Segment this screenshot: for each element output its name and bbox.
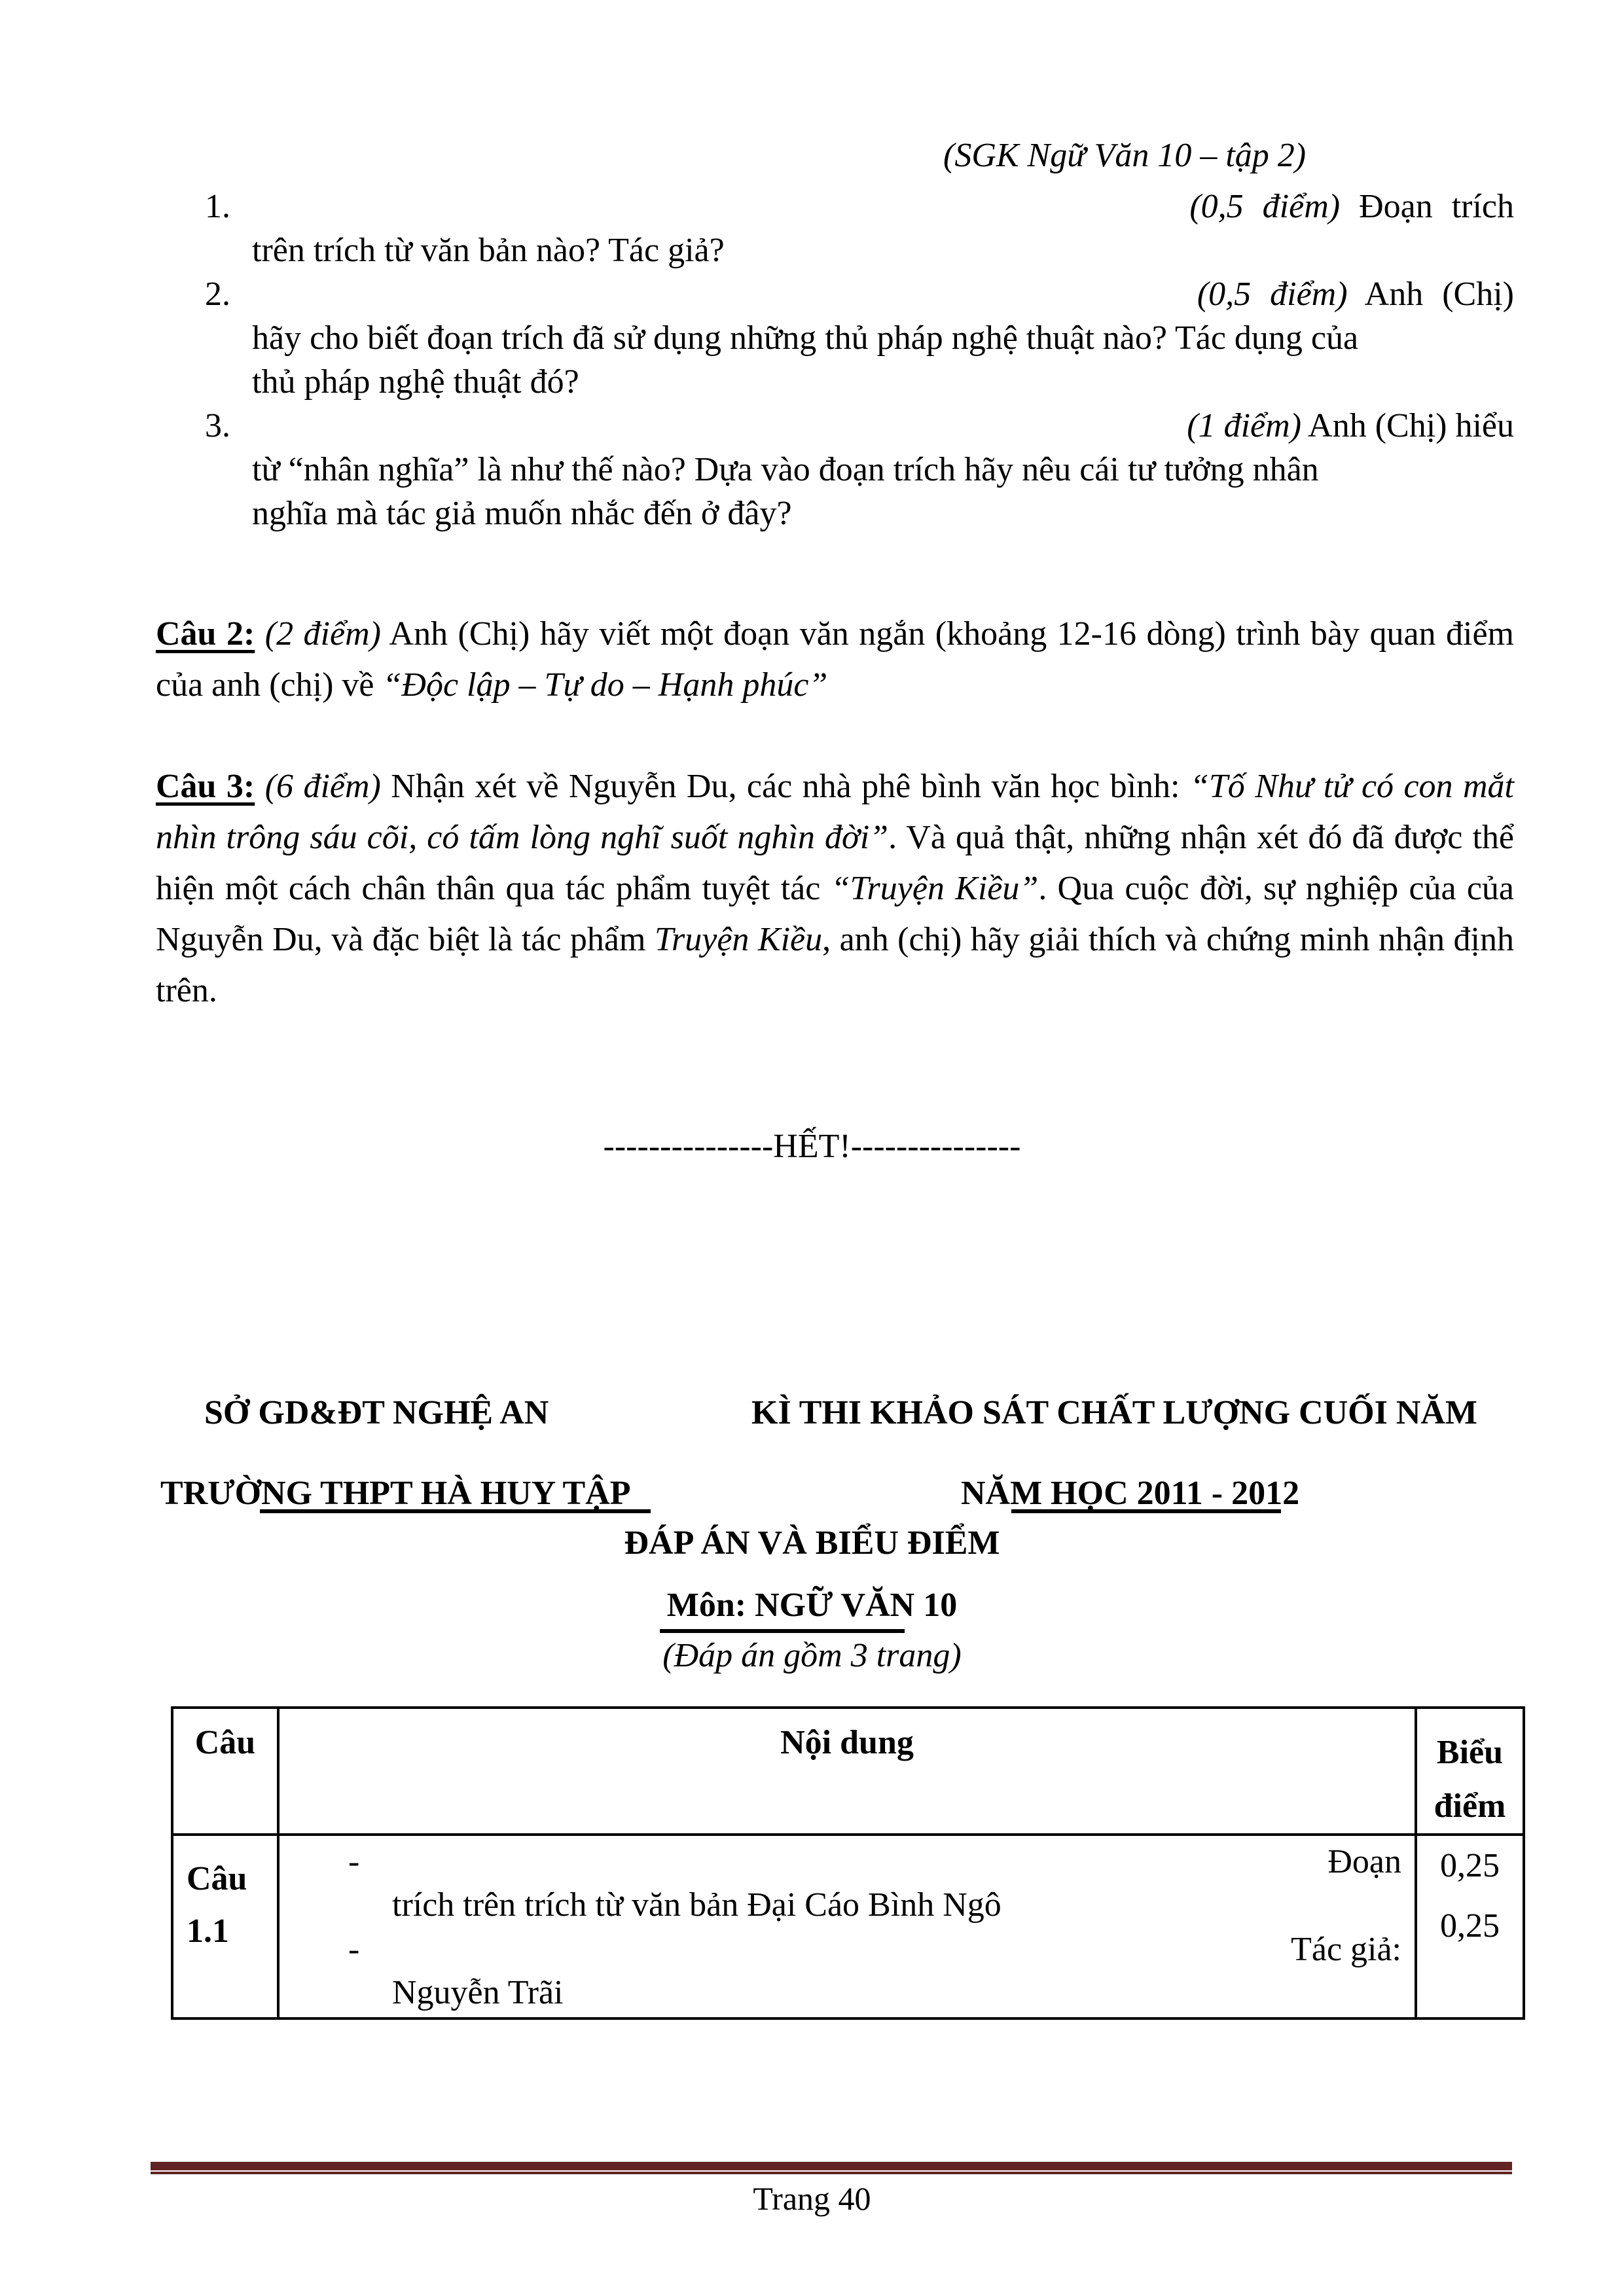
item-text: trích trên trích từ văn bản Đại Cáo Bình…	[392, 1888, 1001, 1922]
bullet-dash: -	[348, 1933, 359, 1967]
question-lead: (0,5 điểm) Đoạn trích	[1189, 187, 1514, 226]
question-lead-text: Anh (Chị) hiểu	[1308, 407, 1514, 444]
subject-underline	[660, 1629, 905, 1633]
table-row: Câu 1.1 - Đoạn trích trên trích từ văn b…	[172, 1835, 1524, 2018]
header-school-prefix: TRƯỜ	[160, 1475, 261, 1512]
row-content: - Đoạn trích trên trích từ văn bản Đại C…	[278, 1835, 1416, 2018]
question-lead-text: Đoạn trích	[1359, 188, 1514, 225]
column-header-question: Câu	[172, 1708, 278, 1835]
question-points: (0,5 điểm)	[1197, 276, 1348, 313]
question-2-label: Câu 2:	[156, 615, 255, 653]
footer-rule-thick	[151, 2162, 1512, 2170]
header-school-underline	[260, 1509, 651, 1513]
page-title: ĐÁP ÁN VÀ BIỂU ĐIỂM	[0, 1526, 1624, 1560]
footer-rule-thin	[151, 2172, 1512, 2174]
bullet-dash: -	[348, 1845, 359, 1879]
question-text: nghĩa mà tác giả muốn nhắc đến ở đây?	[252, 494, 1514, 533]
question-number: 2.	[205, 275, 230, 314]
question-text: hãy cho biết đoạn trích đã sử dụng những…	[252, 319, 1514, 357]
row-question-label: Câu 1.1	[172, 1835, 278, 2018]
question-text: thủ pháp nghệ thuật đó?	[252, 363, 1514, 401]
subject-title: Môn: NGỮ VĂN 10	[0, 1588, 1624, 1623]
header-school-rest: NG THPT HÀ HUY TẬP	[261, 1475, 630, 1512]
answer-table: Câu Nội dung Biểu điểm Câu 1.1 - Đoạn tr…	[171, 1706, 1525, 2020]
question-2-points: (2 điểm)	[265, 615, 381, 653]
score-value: 0,25	[1417, 1849, 1523, 1883]
end-marker: ---------------HẾT!---------------	[0, 1130, 1624, 1164]
question-points: (0,5 điểm)	[1189, 188, 1340, 225]
question-number: 3.	[205, 406, 230, 445]
question-text: trên trích từ văn bản nào? Tác giả?	[252, 231, 1514, 270]
header-school-year: NĂM HỌC 2011 - 2012	[961, 1477, 1299, 1511]
question-3-points: (6 điểm)	[265, 768, 381, 805]
question-lead-text: Anh (Chị)	[1365, 276, 1514, 313]
score-value: 0,25	[1417, 1909, 1523, 1943]
page-number: Trang 40	[0, 2179, 1624, 2217]
question-lead: (1 điểm) Anh (Chị) hiểu	[1187, 406, 1514, 445]
source-note: (SGK Ngữ Văn 10 – tập 2)	[943, 139, 1306, 173]
question-2: Câu 2: (2 điểm) Anh (Chị) hãy viết một đ…	[156, 609, 1514, 711]
question-3-quote: Truyện Kiều	[655, 921, 822, 958]
item-lead: Tác giả:	[1291, 1933, 1401, 1967]
question-lead: (0,5 điểm) Anh (Chị)	[1197, 275, 1514, 314]
item-text: Nguyễn Trãi	[392, 1976, 563, 2010]
question-number: 1.	[205, 187, 230, 226]
question-3-label: Câu 3:	[156, 768, 255, 805]
header-year-underline	[1011, 1509, 1281, 1513]
question-text: từ “nhân nghĩa” là như thế nào? Dựa vào …	[252, 450, 1514, 489]
question-3-quote: “Truyện Kiều”	[831, 870, 1039, 907]
header-exam-title: KÌ THI KHẢO SÁT CHẤT LƯỢNG CUỐI NĂM	[751, 1396, 1477, 1430]
question-3: Câu 3: (6 điểm) Nhận xét về Nguyễn Du, c…	[156, 761, 1514, 1016]
question-points: (1 điểm)	[1187, 407, 1301, 444]
row-scores: 0,25 0,25	[1416, 1835, 1524, 2018]
header-school: TRƯỜNG THPT HÀ HUY TẬP	[160, 1477, 630, 1511]
column-header-score: Biểu điểm	[1416, 1708, 1524, 1835]
question-2-quote: “Độc lập – Tự do – Hạnh phúc”	[382, 666, 827, 704]
answer-page-count: (Đáp án gồm 3 trang)	[0, 1639, 1624, 1673]
question-3-text: Nhận xét về Nguyễn Du, các nhà phê bình …	[381, 768, 1190, 805]
column-header-content: Nội dung	[278, 1708, 1416, 1835]
table-header-row: Câu Nội dung Biểu điểm	[172, 1708, 1524, 1835]
header-department: SỞ GD&ĐT NGHỆ AN	[204, 1396, 549, 1430]
item-lead: Đoạn	[1327, 1845, 1401, 1879]
